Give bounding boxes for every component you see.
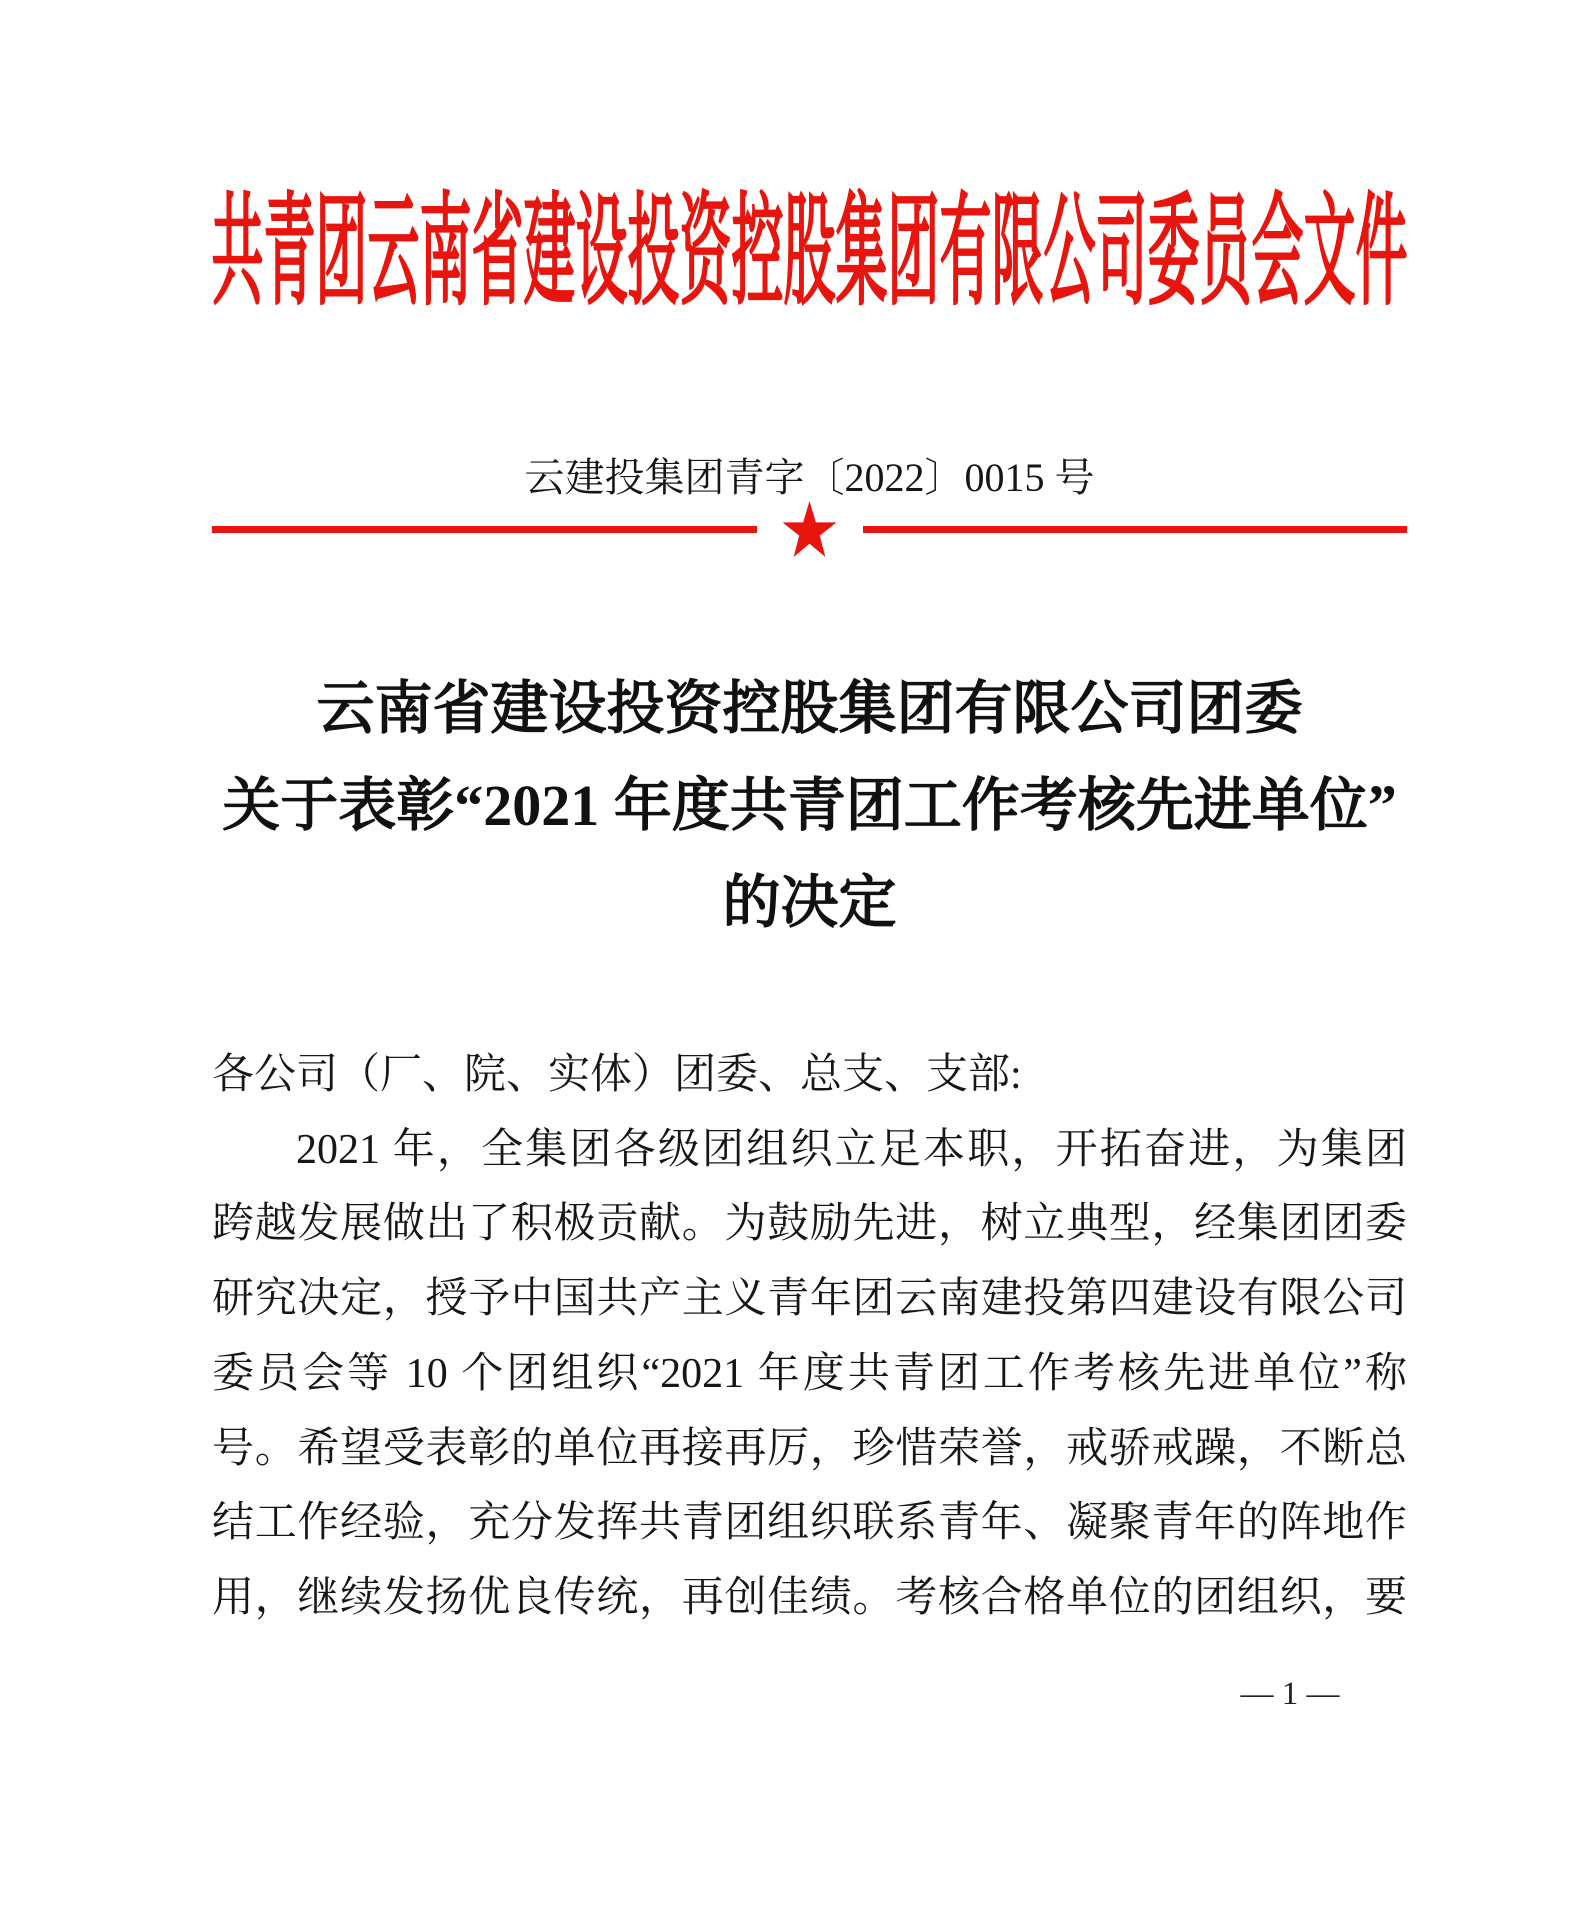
- body-line: 跨越发展做出了积极贡献。为鼓励先进，树立典型，经集团团委: [212, 1187, 1407, 1262]
- red-divider-rule: [212, 494, 1407, 564]
- divider-line-left: [212, 526, 757, 533]
- body-line: 用，继续发扬优良传统，再创佳绩。考核合格单位的团组织，要: [212, 1561, 1407, 1636]
- title-line-3: 的决定: [212, 854, 1407, 951]
- red-star-icon: [783, 501, 837, 557]
- body-line: 结工作经验，充分发挥共青团组织联系青年、凝聚青年的阵地作: [212, 1486, 1407, 1561]
- document-page: 共青团云南省建设投资控股集团有限公司委员会文件 云建投集团青字〔2022〕001…: [0, 0, 1586, 1905]
- red-header-banner: 共青团云南省建设投资控股集团有限公司委员会文件: [212, 148, 1407, 332]
- body-line: 号。希望受表彰的单位再接再厉，珍惜荣誉，戒骄戒躁，不断总: [212, 1412, 1407, 1487]
- document-title: 云南省建设投资控股集团有限公司团委 关于表彰“2021 年度共青团工作考核先进单…: [212, 660, 1407, 951]
- salutation-line: 各公司（厂、院、实体）团委、总支、支部:: [212, 1038, 1407, 1113]
- page-number: — 1 —: [1180, 1676, 1400, 1713]
- document-body: 各公司（厂、院、实体）团委、总支、支部: 2021 年，全集团各级团组织立足本职…: [212, 1038, 1407, 1636]
- title-line-2: 关于表彰“2021 年度共青团工作考核先进单位”: [212, 757, 1407, 854]
- divider-line-right: [863, 526, 1408, 533]
- issuing-authority-masthead: 共青团云南省建设投资控股集团有限公司委员会文件: [212, 152, 1408, 328]
- body-line: 研究决定，授予中国共产主义青年团云南建投第四建设有限公司: [212, 1262, 1407, 1337]
- title-line-1: 云南省建设投资控股集团有限公司团委: [212, 660, 1407, 757]
- body-line: 委员会等 10 个团组织“2021 年度共青团工作考核先进单位”称: [212, 1337, 1407, 1412]
- body-line: 2021 年，全集团各级团组织立足本职，开拓奋进，为集团: [212, 1113, 1407, 1188]
